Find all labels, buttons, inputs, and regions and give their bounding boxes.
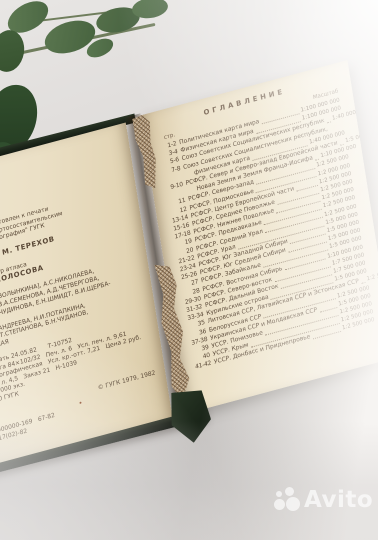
leaf (0, 28, 27, 75)
toc-scale: 1:2 500 000 (366, 267, 378, 284)
toc-scale: 1:5 000 000 (345, 129, 378, 146)
table-of-contents: ОГЛАВЛЕНИЕ стр. Масштаб 1-2Политическая … (152, 74, 375, 374)
avito-watermark: Avito (274, 487, 373, 513)
imprint-lines: лен и подготовлен к печатитвенным картос… (0, 183, 165, 444)
toc-rows: 1-2Политическая карта мира1:100 000 0003… (156, 96, 376, 373)
photo-scene: { "right_page": { "title": "ОГЛАВЛЕНИЕ",… (0, 0, 378, 540)
avito-wordmark: Avito (304, 489, 373, 512)
avito-logo-icon (274, 487, 301, 513)
toc-leader-dots (313, 331, 341, 340)
